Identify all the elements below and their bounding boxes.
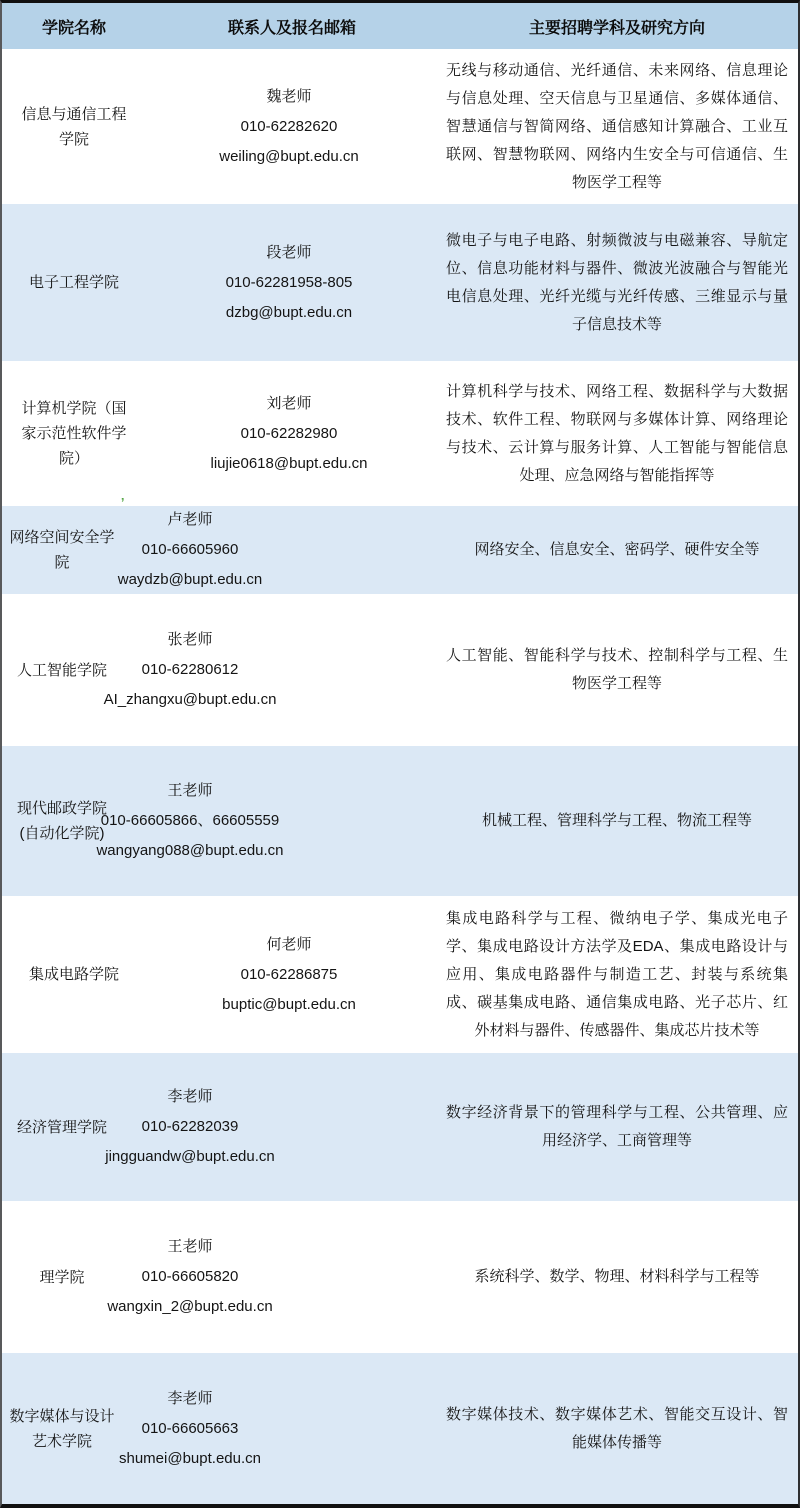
- contact-phone: 010-62286875: [222, 960, 356, 990]
- contact-cell: 李老师 010-62282039 jingguandw@bupt.edu.cn: [172, 1082, 432, 1172]
- disciplines-text: 机械工程、管理科学与工程、物流工程等: [446, 807, 788, 835]
- contact-phone: 010-62282620: [219, 112, 358, 142]
- college-cell: 信息与通信工程 学院: [2, 77, 172, 177]
- college-name: 信息与通信工程 学院: [21, 77, 126, 177]
- college-name-text: 网络空间安全学 院: [9, 529, 114, 571]
- college-cell: 计算机学院（国 家示范性软件学 院）: [2, 371, 172, 496]
- table-row: 信息与通信工程 学院 魏老师 010-62282620 weiling@bupt…: [2, 49, 798, 204]
- college-cell: 集成电路学院: [2, 937, 172, 1012]
- college-name: 计算机学院（国 家示范性软件学 院）: [21, 371, 126, 496]
- college-name: 经济管理学院: [17, 1090, 107, 1165]
- disciplines-cell: 微电子与电子电路、射频微波与电磁兼容、导航定位、信息功能材料与器件、微波光波融合…: [432, 227, 798, 339]
- contact-email: AI_zhangxu@bupt.edu.cn: [104, 685, 277, 715]
- contact-email: liujie0618@bupt.edu.cn: [210, 449, 367, 479]
- header-cell-college: 学院名称: [2, 15, 172, 38]
- college-name-text: 数字媒体与设计 艺术学院: [9, 1408, 114, 1450]
- contact-person: 刘老师: [210, 389, 367, 419]
- contact-block: 刘老师 010-62282980 liujie0618@bupt.edu.cn: [210, 389, 367, 479]
- contact-cell: 王老师 010-66605820 wangxin_2@bupt.edu.cn: [172, 1232, 432, 1322]
- contact-phone: 010-66605663: [119, 1414, 261, 1444]
- contact-phone: 010-66605820: [107, 1262, 272, 1292]
- contact-person: 王老师: [107, 1232, 272, 1262]
- college-name: 数字媒体与设计 艺术学院: [9, 1379, 114, 1479]
- disciplines-cell: 计算机科学与技术、网络工程、数据科学与大数据技术、软件工程、物联网与多媒体计算、…: [432, 378, 798, 490]
- contact-cell: 卢老师 010-66605960 waydzb@bupt.edu.cn: [172, 505, 432, 595]
- college-name-text: 经济管理学院: [17, 1119, 107, 1136]
- college-name-text: 现代邮政学院 (自动化学院): [17, 800, 107, 842]
- contact-person: 段老师: [226, 238, 353, 268]
- disciplines-cell: 人工智能、智能科学与技术、控制科学与工程、生物医学工程等: [432, 642, 798, 698]
- disciplines-text: 计算机科学与技术、网络工程、数据科学与大数据技术、软件工程、物联网与多媒体计算、…: [446, 378, 788, 490]
- college-name-text: 集成电路学院: [29, 966, 119, 983]
- disciplines-text: 数字媒体技术、数字媒体艺术、智能交互设计、智能媒体传播等: [446, 1401, 788, 1457]
- college-name: 人工智能学院: [17, 633, 107, 708]
- college-name-text: 人工智能学院: [17, 662, 107, 679]
- header-college-name-label: 学院名称: [42, 15, 106, 38]
- disciplines-cell: 机械工程、管理科学与工程、物流工程等: [432, 807, 798, 835]
- contact-block: 王老师 010-66605820 wangxin_2@bupt.edu.cn: [107, 1232, 272, 1322]
- table-row: 现代邮政学院 (自动化学院) 王老师 010-66605866、66605559…: [2, 746, 798, 896]
- recruitment-table: 学院名称 联系人及报名邮箱 主要招聘学科及研究方向 信息与通信工程 学院 魏老师…: [0, 0, 800, 1508]
- contact-email: shumei@bupt.edu.cn: [119, 1444, 261, 1474]
- contact-email: wangxin_2@bupt.edu.cn: [107, 1292, 272, 1322]
- contact-block: 王老师 010-66605866、66605559 wangyang088@bu…: [96, 776, 283, 866]
- college-name-text: 计算机学院（国 家示范性软件学 院）: [21, 400, 126, 467]
- contact-person: 魏老师: [219, 82, 358, 112]
- contact-person: 何老师: [222, 930, 356, 960]
- contact-phone: 010-62282980: [210, 419, 367, 449]
- contact-person: 卢老师: [118, 505, 263, 535]
- college-name-text: 电子工程学院: [29, 274, 119, 291]
- college-cell: 电子工程学院: [2, 245, 172, 320]
- table-row: 计算机学院（国 家示范性软件学 院） 刘老师 010-62282980 liuj…: [2, 361, 798, 506]
- disciplines-text: 网络安全、信息安全、密码学、硬件安全等: [446, 536, 788, 564]
- disciplines-cell: 数字媒体技术、数字媒体艺术、智能交互设计、智能媒体传播等: [432, 1401, 798, 1457]
- contact-email: jingguandw@bupt.edu.cn: [105, 1142, 275, 1172]
- header-disciplines-label: 主要招聘学科及研究方向: [529, 15, 705, 38]
- contact-block: 魏老师 010-62282620 weiling@bupt.edu.cn: [219, 82, 358, 172]
- contact-cell: 张老师 010-62280612 AI_zhangxu@bupt.edu.cn: [172, 625, 432, 715]
- contact-cell: 魏老师 010-62282620 weiling@bupt.edu.cn: [172, 82, 432, 172]
- contact-block: 段老师 010-62281958-805 dzbg@bupt.edu.cn: [226, 238, 353, 328]
- disciplines-text: 人工智能、智能科学与技术、控制科学与工程、生物医学工程等: [446, 642, 788, 698]
- contact-phone: 010-66605866、66605559: [96, 806, 283, 836]
- table-row: 网络空间安全学 院 ’ 卢老师 010-66605960 waydzb@bupt…: [2, 506, 798, 594]
- disciplines-text: 系统科学、数学、物理、材料科学与工程等: [446, 1263, 788, 1291]
- disciplines-text: 集成电路科学与工程、微纳电子学、集成光电子学、集成电路设计方法学及EDA、集成电…: [446, 905, 788, 1045]
- contact-email: dzbg@bupt.edu.cn: [226, 298, 353, 328]
- header-cell-contact: 联系人及报名邮箱: [172, 15, 432, 38]
- contact-block: 李老师 010-66605663 shumei@bupt.edu.cn: [119, 1384, 261, 1474]
- college-name: 集成电路学院: [29, 937, 119, 1012]
- disciplines-cell: 网络安全、信息安全、密码学、硬件安全等: [432, 536, 798, 564]
- contact-phone: 010-62282039: [105, 1112, 275, 1142]
- college-name: 现代邮政学院 (自动化学院): [17, 771, 107, 871]
- contact-email: buptic@bupt.edu.cn: [222, 990, 356, 1020]
- college-name-text: 理学院: [39, 1269, 84, 1286]
- disciplines-cell: 无线与移动通信、光纤通信、未来网络、信息理论与信息处理、空天信息与卫星通信、多媒…: [432, 57, 798, 197]
- college-name: 电子工程学院: [29, 245, 119, 320]
- contact-email: weiling@bupt.edu.cn: [219, 142, 358, 172]
- contact-person: 李老师: [119, 1384, 261, 1414]
- table-row: 电子工程学院 段老师 010-62281958-805 dzbg@bupt.ed…: [2, 204, 798, 361]
- table-header-row: 学院名称 联系人及报名邮箱 主要招聘学科及研究方向: [2, 3, 798, 49]
- contact-block: 张老师 010-62280612 AI_zhangxu@bupt.edu.cn: [104, 625, 277, 715]
- college-name: 网络空间安全学 院 ’: [9, 500, 114, 600]
- table-row: 理学院 王老师 010-66605820 wangxin_2@bupt.edu.…: [2, 1201, 798, 1353]
- table-row: 经济管理学院 李老师 010-62282039 jingguandw@bupt.…: [2, 1053, 798, 1201]
- table-row: 数字媒体与设计 艺术学院 李老师 010-66605663 shumei@bup…: [2, 1353, 798, 1504]
- disciplines-cell: 数字经济背景下的管理科学与工程、公共管理、应用经济学、工商管理等: [432, 1099, 798, 1155]
- contact-person: 李老师: [105, 1082, 275, 1112]
- contact-block: 李老师 010-62282039 jingguandw@bupt.edu.cn: [105, 1082, 275, 1172]
- disciplines-cell: 集成电路科学与工程、微纳电子学、集成光电子学、集成电路设计方法学及EDA、集成电…: [432, 905, 798, 1045]
- disciplines-cell: 系统科学、数学、物理、材料科学与工程等: [432, 1263, 798, 1291]
- disciplines-text: 无线与移动通信、光纤通信、未来网络、信息理论与信息处理、空天信息与卫星通信、多媒…: [446, 57, 788, 197]
- table-body: 信息与通信工程 学院 魏老师 010-62282620 weiling@bupt…: [2, 49, 798, 1504]
- contact-cell: 段老师 010-62281958-805 dzbg@bupt.edu.cn: [172, 238, 432, 328]
- contact-block: 何老师 010-62286875 buptic@bupt.edu.cn: [222, 930, 356, 1020]
- contact-phone: 010-66605960: [118, 535, 263, 565]
- table-row: 人工智能学院 张老师 010-62280612 AI_zhangxu@bupt.…: [2, 594, 798, 746]
- table-row: 集成电路学院 何老师 010-62286875 buptic@bupt.edu.…: [2, 896, 798, 1053]
- contact-email: wangyang088@bupt.edu.cn: [96, 836, 283, 866]
- contact-cell: 李老师 010-66605663 shumei@bupt.edu.cn: [172, 1384, 432, 1474]
- contact-person: 张老师: [104, 625, 277, 655]
- contact-email: waydzb@bupt.edu.cn: [118, 565, 263, 595]
- contact-person: 王老师: [96, 776, 283, 806]
- college-name-text: 信息与通信工程 学院: [21, 106, 126, 148]
- contact-phone: 010-62281958-805: [226, 268, 353, 298]
- contact-cell: 王老师 010-66605866、66605559 wangyang088@bu…: [172, 776, 432, 866]
- disciplines-text: 微电子与电子电路、射频微波与电磁兼容、导航定位、信息功能材料与器件、微波光波融合…: [446, 227, 788, 339]
- contact-cell: 何老师 010-62286875 buptic@bupt.edu.cn: [172, 930, 432, 1020]
- header-contact-label: 联系人及报名邮箱: [228, 15, 356, 38]
- disciplines-text: 数字经济背景下的管理科学与工程、公共管理、应用经济学、工商管理等: [446, 1099, 788, 1155]
- college-name: 理学院: [39, 1240, 84, 1315]
- header-cell-disciplines: 主要招聘学科及研究方向: [432, 15, 798, 38]
- contact-cell: 刘老师 010-62282980 liujie0618@bupt.edu.cn: [172, 389, 432, 479]
- contact-phone: 010-62280612: [104, 655, 277, 685]
- contact-block: 卢老师 010-66605960 waydzb@bupt.edu.cn: [118, 505, 263, 595]
